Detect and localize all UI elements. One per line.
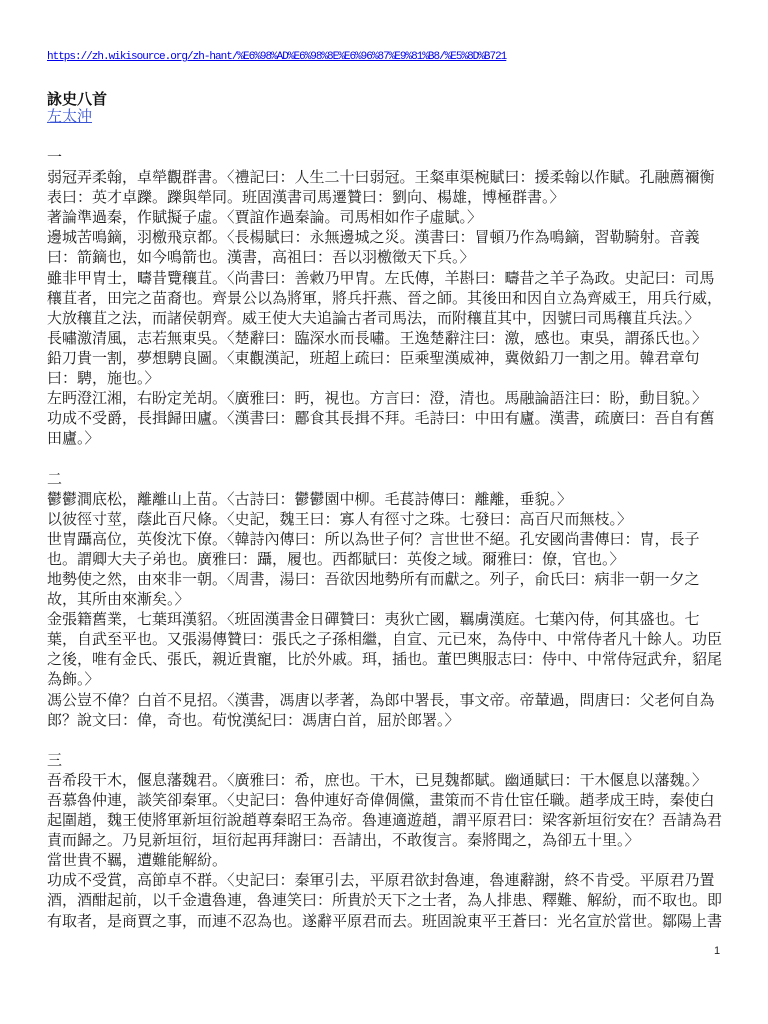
page-number: 1 <box>714 944 720 958</box>
text-line: 吾慕魯仲連，談笑卻秦軍。〈史記曰：魯仲連好奇偉倜儻，畫策而不肯仕宦任職。趙孝成王… <box>47 790 727 810</box>
text-line: 表曰：英才卓躒。躒與犖同。班固漢書司馬遷贊曰：劉向、楊雄，博極群書。〉 <box>47 187 727 207</box>
text-line: 葉，自武至平也。又張湯傳贊曰：張氏之子孫相繼，自宣、元已來，為侍中、中常侍者凡十… <box>47 629 727 649</box>
text-line: 邊城苦鳴鏑，羽檄飛京都。〈長楊賦曰：永無邊城之災。漢書曰：冒頓乃作為鳴鏑，習勒騎… <box>47 227 727 247</box>
text-line: 鬱鬱澗底松，離離山上苗。〈古詩曰：鬱鬱園中柳。毛萇詩傳曰：離離，垂貌。〉 <box>47 489 727 509</box>
text-line: 世冑躡高位，英俊沈下僚。〈韓詩內傳曰：所以為世子何？言世世不絕。孔安國尚書傳曰：… <box>47 529 727 549</box>
section-number: 三 <box>47 750 727 770</box>
text-line: 馮公豈不偉？白首不見招。〈漢書，馮唐以孝著，為郎中署長，事文帝。帝輦過，問唐曰：… <box>47 690 727 710</box>
text-line: 鉛刀貴一割，夢想騁良圖。〈東觀漢記，班超上疏曰：臣乘聖漢威神，冀傚鉛刀一割之用。… <box>47 348 727 368</box>
text-line: 著論準過秦，作賦擬子虛。〈賈誼作過秦論。司馬相如作子虛賦。〉 <box>47 207 727 227</box>
text-line: 左眄澄江湘，右盼定羌胡。〈廣雅曰：眄，視也。方言曰：澄，清也。馬融論語注曰：盼，… <box>47 388 727 408</box>
document-page: https://zh.wikisource.org/zh-hant/%E6%98… <box>0 0 768 1024</box>
author-link[interactable]: 左太沖 <box>47 107 92 126</box>
text-line: 責而歸之。乃見新垣衍，垣衍起再拜謝曰：吾請出，不敢復言。秦將聞之，為卻五十里。〉 <box>47 830 727 850</box>
poem-body: 一 弱冠弄柔翰，卓犖觀群書。〈禮記曰：人生二十曰弱冠。王粲車渠椀賦曰：援柔翰以作… <box>47 147 727 931</box>
text-line: 曰：騁，施也。〉 <box>47 368 727 388</box>
text-line: 田廬。〉 <box>47 428 727 448</box>
poem-section-2: 二 鬱鬱澗底松，離離山上苗。〈古詩曰：鬱鬱園中柳。毛萇詩傳曰：離離，垂貌。〉 以… <box>47 469 727 730</box>
text-line: 功成不受爵，長揖歸田廬。〈漢書曰：酈食其長揖不拜。毛詩曰：中田有廬。漢書，疏廣曰… <box>47 408 727 428</box>
text-line: 金張籍舊業，七葉珥漢貂。〈班固漢書金日磾贊曰：夷狄亡國，羈虜漢庭。七葉內侍，何其… <box>47 609 727 629</box>
poem-section-1: 一 弱冠弄柔翰，卓犖觀群書。〈禮記曰：人生二十曰弱冠。王粲車渠椀賦曰：援柔翰以作… <box>47 147 727 448</box>
text-line: 弱冠弄柔翰，卓犖觀群書。〈禮記曰：人生二十曰弱冠。王粲車渠椀賦曰：援柔翰以作賦。… <box>47 167 727 187</box>
text-line: 起圍趙，魏王使將軍新垣衍說趙尊秦昭王為帝。魯連適遊趙，謂平原君曰：梁客新垣衍安在… <box>47 810 727 830</box>
text-line: 地勢使之然，由來非一朝。〈周書，湯曰：吾欲因地勢所有而獻之。列子，俞氏曰：病非一… <box>47 569 727 589</box>
text-line: 穰苴者，田完之苗裔也。齊景公以為將軍，將兵扞燕、晉之師。其後田和因自立為齊威王，… <box>47 288 727 308</box>
section-number: 二 <box>47 469 727 489</box>
text-line: 吾希段干木，偃息藩魏君。〈廣雅曰：希，庶也。干木，已見魏都賦。幽通賦曰：干木偃息… <box>47 770 727 790</box>
text-line: 雖非甲冑士，疇昔覽穰苴。〈尚書曰：善敹乃甲冑。左氏傳，羊斟曰：疇昔之羊子為政。史… <box>47 268 727 288</box>
source-url-link[interactable]: https://zh.wikisource.org/zh-hant/%E6%98… <box>47 50 506 65</box>
poem-section-3: 三 吾希段干木，偃息藩魏君。〈廣雅曰：希，庶也。干木，已見魏都賦。幽通賦曰：干木… <box>47 750 727 931</box>
text-line: 郎？說文曰：偉，奇也。荀悅漢紀曰：馮唐白首，屈於郎署。〉 <box>47 710 727 730</box>
text-line: 也。謂卿大夫子弟也。廣雅曰：躡，履也。西都賦曰：英俊之域。爾雅曰：僚，官也。〉 <box>47 549 727 569</box>
text-line: 故，其所由來漸矣。〉 <box>47 589 727 609</box>
text-line: 酒，酒酣起前，以千金遺魯連，魯連笑曰：所貴於天下之士者，為人排患、釋難、解紛，而… <box>47 890 727 910</box>
text-line: 大放穰苴之法，而諸侯朝齊。威王使大夫追論古者司馬法，而附穰苴其中，因號曰司馬穰苴… <box>47 308 727 328</box>
text-line: 有取者，是商賈之事，而連不忍為也。遂辭平原君而去。班固說東平王蒼曰：光名宣於當世… <box>47 911 727 931</box>
text-line: 當世貴不羈，遭難能解紛。 <box>47 850 727 870</box>
text-line: 以彼徑寸莖，蔭此百尺條。〈史記，魏王曰：寡人有徑寸之珠。七發曰：高百尺而無枝。〉 <box>47 509 727 529</box>
section-number: 一 <box>47 147 727 167</box>
text-line: 之後，唯有金氏、張氏，親近貴寵，比於外戚。珥，插也。董巴輿服志曰：侍中、中常侍冠… <box>47 649 727 669</box>
text-line: 為飾。〉 <box>47 669 727 689</box>
text-line: 長嘯激清風，志若無東吳。〈楚辭曰：臨深水而長嘯。王逸楚辭注曰：激，感也。東吳，謂… <box>47 328 727 348</box>
text-line: 曰：箭鏑也，如今鳴箭也。漢書，高祖曰：吾以羽檄徵天下兵。〉 <box>47 247 727 267</box>
text-line: 功成不受賞，高節卓不群。〈史記曰：秦軍引去，平原君欲封魯連，魯連辭謝，終不肯受。… <box>47 870 727 890</box>
